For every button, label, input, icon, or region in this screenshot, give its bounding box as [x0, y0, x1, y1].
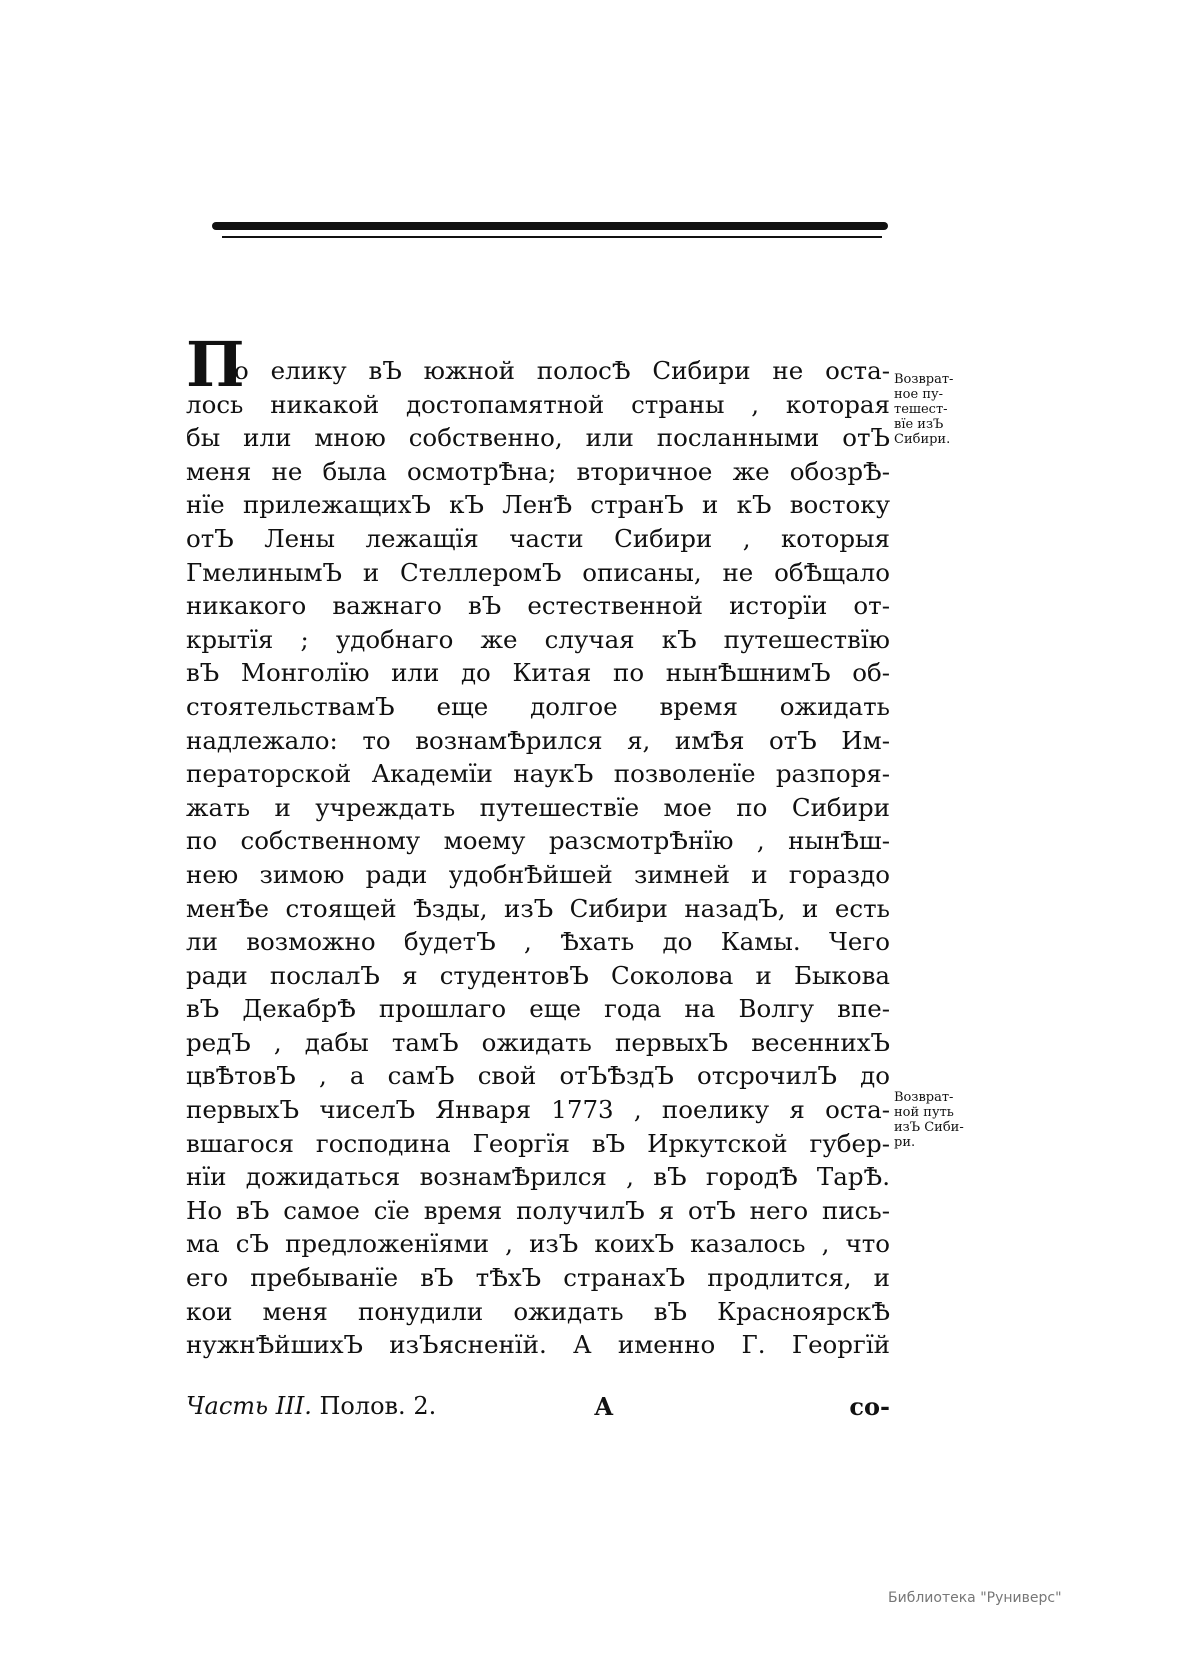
- text-line: вЪ Монголїю или до Китая по нынѢшнимЪ об…: [186, 656, 890, 690]
- text-line: ГмелинымЪ и СтеллеромЪ описаны, не обѢща…: [186, 556, 890, 590]
- text-line: надлежало: то вознамѢрился я, имѢя отЪ И…: [186, 724, 890, 758]
- margin-note-line: ри.: [894, 1135, 994, 1150]
- text-line: бы или мною собственно, или посланными о…: [186, 421, 890, 455]
- text-line: Но вЪ самое сїе время получилЪ я отЪ нег…: [186, 1194, 890, 1228]
- signature-letter: А: [594, 1392, 614, 1421]
- dropcap: П: [186, 334, 245, 396]
- margin-note-line: Возврат-: [894, 372, 994, 387]
- margin-note-line: Сибири.: [894, 432, 994, 447]
- text-line: его пребыванїе вЪ тѢхЪ странахЪ продлитс…: [186, 1261, 890, 1295]
- text-line: первыхЪ чиселЪ Января 1773 , поелику я о…: [186, 1093, 890, 1127]
- signature-part: Часть III. Полов. 2.: [186, 1392, 436, 1420]
- text-line-1: П о елику вЪ южной полосѢ Сибири не оста…: [186, 354, 890, 388]
- page-footer: Часть III. Полов. 2. А со-: [186, 1392, 890, 1426]
- text-line: жать и учреждать путешествїе мое по Сиби…: [186, 791, 890, 825]
- text-line: ператорской Академїи наукЪ позволенїе ра…: [186, 757, 890, 791]
- text-line: лось никакой достопамятной страны , кото…: [186, 388, 890, 422]
- margin-note-return-journey: Возврат- ное пу- тешест- вїе изЪ Сибири.: [894, 372, 994, 447]
- library-watermark: Библиотека "Руниверс": [888, 1590, 1062, 1606]
- text-line: нїе прилежащихЪ кЪ ЛенѢ странЪ и кЪ вост…: [186, 488, 890, 522]
- margin-note-return-path: Возврат- ной путь изЪ Сиби- ри.: [894, 1090, 994, 1150]
- text-line: вЪ ДекабрѢ прошлаго еще года на Волгу вп…: [186, 992, 890, 1026]
- margin-note-line: изЪ Сиби-: [894, 1120, 994, 1135]
- margin-note-line: Возврат-: [894, 1090, 994, 1105]
- text-line: ма сЪ предложенїями , изЪ коихЪ казалось…: [186, 1227, 890, 1261]
- part-label: Часть III.: [186, 1392, 312, 1420]
- text-line: крытїя ; удобнаго же случая кЪ путешеств…: [186, 623, 890, 657]
- text-line: меня не была осмотрѢна; вторичное же обо…: [186, 455, 890, 489]
- book-page: П о елику вЪ южной полосѢ Сибири не оста…: [0, 0, 1200, 1665]
- header-ornament-rule-thin: [222, 236, 882, 238]
- text-line: отЪ Лены лежащїя части Сибири , которыя: [186, 522, 890, 556]
- text-line: стоятельствамЪ еще долгое время ожидать: [186, 690, 890, 724]
- text-line: менѢе стоящей Ѣзды, изЪ Сибири назадЪ, и…: [186, 892, 890, 926]
- text-line: ли возможно будетЪ , Ѣхать до Камы. Чего: [186, 925, 890, 959]
- body-text: П о елику вЪ южной полосѢ Сибири не оста…: [186, 354, 890, 1362]
- header-ornament-rule-thick: [212, 222, 888, 230]
- text-line: ради послалЪ я студентовЪ Соколова и Бык…: [186, 959, 890, 993]
- catchword: со-: [849, 1392, 890, 1421]
- text-line: нужнѢйшихЪ изЪясненїй. А именно Г. Георг…: [186, 1328, 890, 1362]
- text-line: нею зимою ради удобнѢйшей зимней и гораз…: [186, 858, 890, 892]
- text-line: никакого важнаго вЪ естественной исторїи…: [186, 589, 890, 623]
- margin-note-line: ное пу-: [894, 387, 994, 402]
- margin-note-line: ной путь: [894, 1105, 994, 1120]
- text-line: кои меня понудили ожидать вЪ КрасноярскѢ: [186, 1295, 890, 1329]
- text-line: вшагося господина Георгїя вЪ Иркутской г…: [186, 1127, 890, 1161]
- text-line: по собственному моему разсмотрѢнїю , нын…: [186, 824, 890, 858]
- text-line: редЪ , дабы тамЪ ожидать первыхЪ весенни…: [186, 1026, 890, 1060]
- half-label: Полов. 2.: [319, 1392, 436, 1420]
- text-line: нїи дожидаться вознамѢрился , вЪ городѢ …: [186, 1160, 890, 1194]
- margin-note-line: тешест-: [894, 402, 994, 417]
- margin-note-line: вїе изЪ: [894, 417, 994, 432]
- text-line: цвѢтовЪ , а самЪ свой отЪѢздЪ отсрочилЪ …: [186, 1059, 890, 1093]
